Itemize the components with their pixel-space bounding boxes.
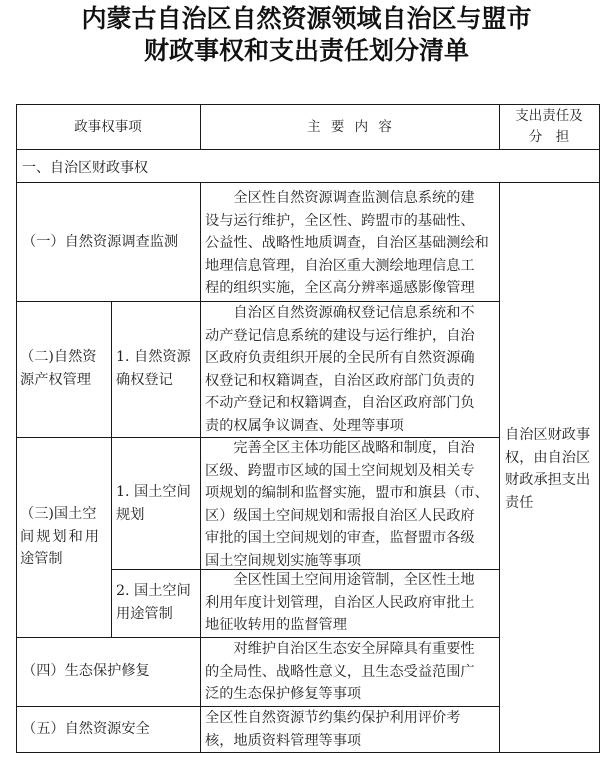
content-line: 权登记和权籍调查，自治区政府部门负责的 (205, 370, 475, 393)
header-responsibility: 支出责任及 分 担 (499, 106, 599, 148)
responsibility-cell: 自治区财政事 权，由自治区 财政承担支出 责任 (505, 424, 590, 514)
row-1-item: （一）自然资源调查监测 (22, 231, 178, 254)
col-divider-2 (499, 182, 500, 753)
item-line: （三)国土空 (20, 503, 101, 526)
section-label: 一、自治区财政事权 (22, 157, 148, 177)
item-line: （二)自然资 (20, 346, 96, 369)
table-bottom-border (16, 752, 600, 753)
content-line: 地理信息管理，自治区重大测绘地理信息工 (205, 255, 489, 278)
content-line: 核，地质资料管理等事项 (205, 730, 460, 753)
sub-col-divider (111, 301, 112, 637)
row-1-content: 全区性自然资源调查监测信息系统的建 设与运行维护，全区性、跨盟市的基础性、 公益… (205, 187, 489, 300)
content-line: 的全局性、战略性意义，且生态受益范围广 (205, 661, 475, 684)
content-line: 全区性自然资源节约集约保护利用评价考 (205, 707, 460, 730)
sub-item-line: 规划 (116, 504, 191, 527)
sub-item-line: 确权登记 (116, 369, 191, 392)
table-left-border (16, 104, 17, 753)
row-2-sub-item: 1. 自然资源 确权登记 (116, 346, 191, 391)
responsibility-line: 权，由自治区 (505, 447, 590, 470)
header-content: 主 要 内 容 (200, 117, 499, 138)
row-3-2-sub-item: 2. 国土空间 用途管制 (116, 580, 191, 625)
sub-item-line: 用途管制 (116, 603, 191, 626)
responsibility-line: 自治区财政事 (505, 424, 590, 447)
document-title-line-1: 内蒙古自治区自然资源领域自治区与盟市 (0, 3, 613, 35)
content-line: 程的组织实施，全区高分辨率遥感影像管理 (205, 277, 489, 300)
content-line: 项规划的编制和监督实施，盟市和旗县（市、 (205, 482, 489, 505)
row-3-2-content: 全区性国土空间用途管制，全区性土地 利用年度计划管理，自治区人民政府审批土 地征… (205, 569, 475, 637)
item-line: 间规划和用 (20, 526, 101, 549)
content-line: 对维护自治区生态安全屏障具有重要性 (205, 638, 475, 661)
sub-item-line: 2. 国土空间 (116, 580, 191, 603)
content-line: 公益性、战略性地质调查，自治区基础测绘和 (205, 232, 489, 255)
content-line: 审批的国土空间规划的审查，监督盟市各级 (205, 527, 489, 550)
document-title-line-2: 财政事权和支出责任划分清单 (0, 35, 613, 67)
sub-item-line: 1. 自然资源 (116, 346, 191, 369)
row-4-item: （四）生态保护修复 (22, 660, 150, 683)
item-line: 源产权管理 (20, 369, 96, 392)
section-divider (16, 182, 600, 183)
content-line: 区政府负责组织开展的全民所有自然资源确 (205, 347, 475, 370)
table-right-border (599, 104, 600, 753)
content-line: 设与运行维护，全区性、跨盟市的基础性、 (205, 210, 489, 233)
row-2-item: （二)自然资 源产权管理 (20, 346, 96, 391)
content-line: 全区性国土空间用途管制，全区性土地 (205, 569, 475, 592)
content-line: 自治区自然资源确权登记信息系统和不 (205, 302, 475, 325)
row-3-item: （三)国土空 间规划和用 途管制 (20, 503, 101, 571)
row-4-content: 对维护自治区生态安全屏障具有重要性 的全局性、战略性意义，且生态受益范围广 泛的… (205, 638, 475, 706)
row-3-1-content: 完善全区主体功能区战略和制度，自治 区级、跨盟市区域的国土空间规划及相关专 项规… (205, 437, 489, 573)
item-line: 途管制 (20, 548, 101, 571)
content-line: 全区性自然资源调查监测信息系统的建 (205, 187, 489, 210)
col-divider-1 (200, 182, 201, 753)
header-divider (16, 149, 600, 150)
row-5-content: 全区性自然资源节约集约保护利用评价考 核，地质资料管理等事项 (205, 707, 460, 752)
responsibility-line: 责任 (505, 492, 590, 515)
content-line: 区）级国土空间规划和需报自治区人民政府 (205, 505, 489, 528)
header-responsibility-line-2: 分 担 (499, 127, 599, 148)
content-line: 地征收转用的监督管理 (205, 614, 475, 637)
content-line: 泛的生态保护修复等事项 (205, 683, 475, 706)
content-line: 区级、跨盟市区域的国土空间规划及相关专 (205, 460, 489, 483)
content-line: 利用年度计划管理，自治区人民政府审批土 (205, 592, 475, 615)
content-line: 完善全区主体功能区战略和制度，自治 (205, 437, 489, 460)
content-line: 动产登记信息系统的建设与运行维护，自治 (205, 325, 475, 348)
responsibility-line: 财政承担支出 (505, 469, 590, 492)
header-responsibility-line-1: 支出责任及 (499, 106, 599, 127)
row-2-content: 自治区自然资源确权登记信息系统和不 动产登记信息系统的建设与运行维护，自治 区政… (205, 302, 475, 438)
header-item: 政事权事项 (16, 117, 200, 138)
sub-item-line: 1. 国土空间 (116, 481, 191, 504)
row-5-item: （五）自然资源安全 (22, 718, 150, 741)
content-line: 责的权属争议调查、处理等事项 (205, 415, 475, 438)
content-line: 不动产登记和权籍调查，自治区政府部门负 (205, 392, 475, 415)
row-3-1-sub-item: 1. 国土空间 规划 (116, 481, 191, 526)
